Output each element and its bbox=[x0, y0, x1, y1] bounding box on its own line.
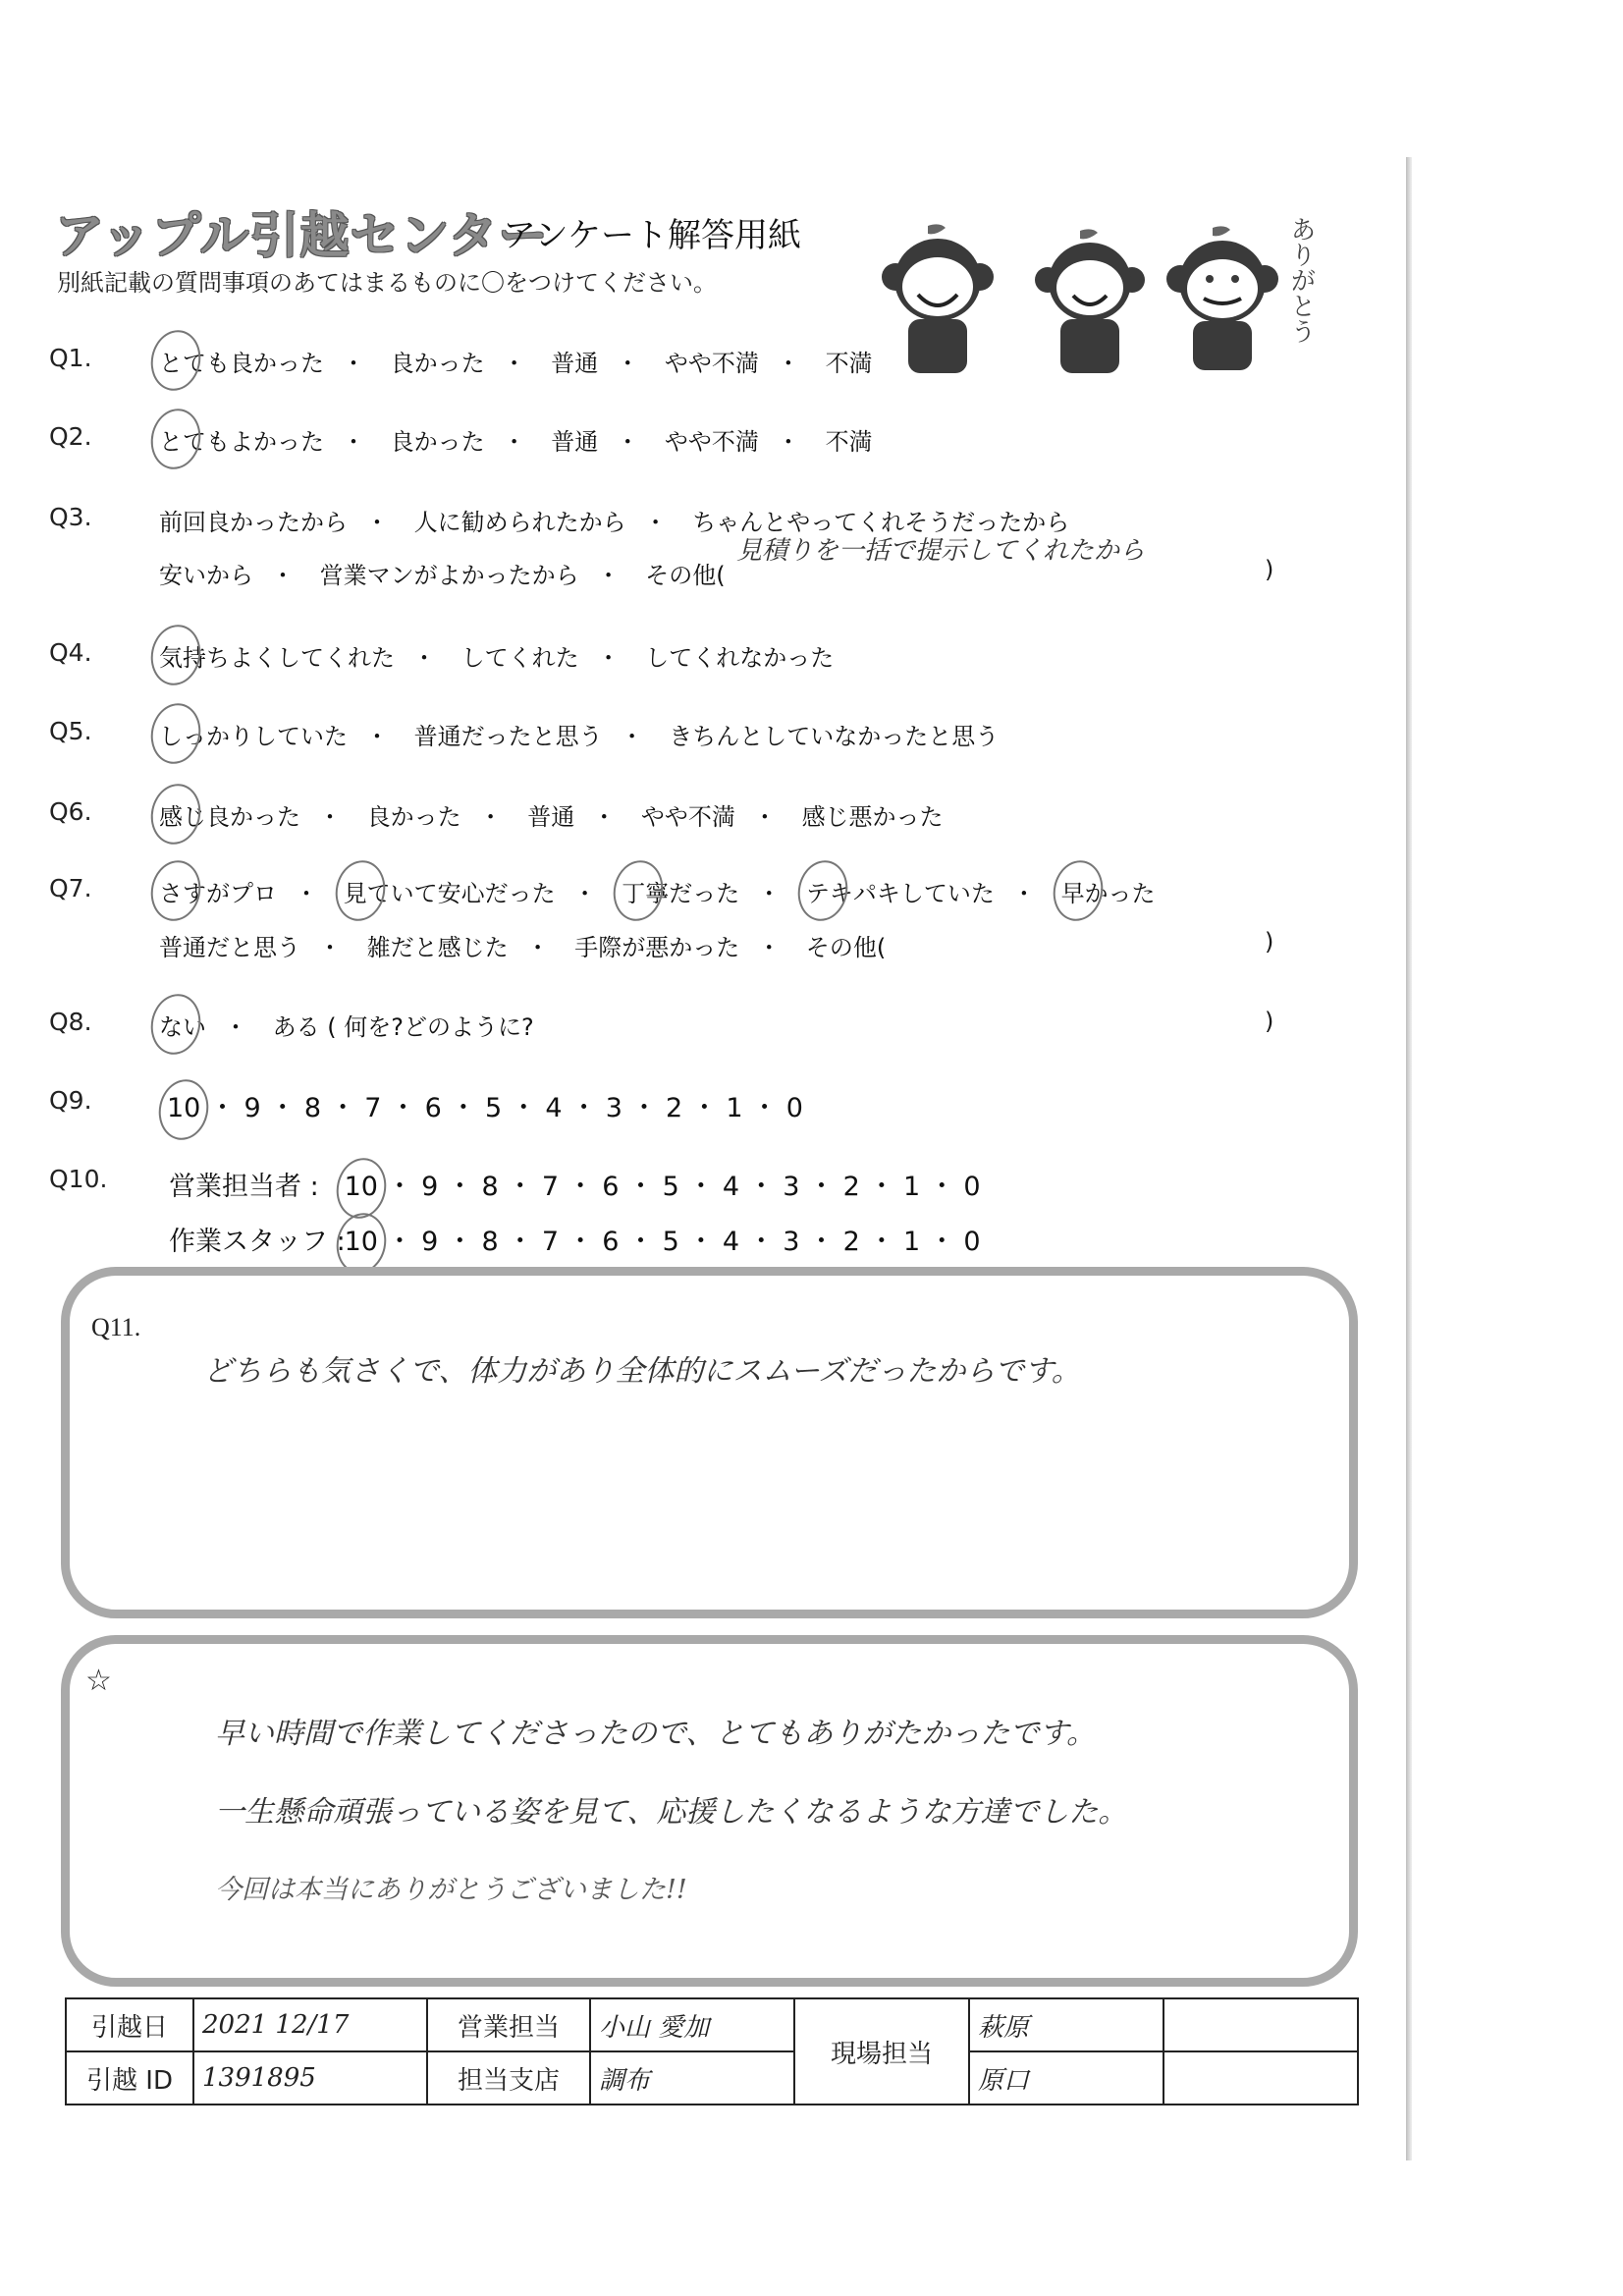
q9-score-7[interactable]: 7 bbox=[364, 1093, 381, 1123]
q10-sales-score-9[interactable]: 9 bbox=[421, 1172, 438, 1202]
q2-option-5[interactable]: 不満 bbox=[826, 422, 873, 457]
q1-option-2[interactable]: 良かった bbox=[391, 344, 485, 378]
q3-option-5[interactable]: 営業マンがよかったから bbox=[320, 556, 579, 590]
instruction-text: 別紙記載の質問事項のあてはまるものに〇をつけてください。 bbox=[57, 263, 717, 298]
q10-sales-score-5[interactable]: 5 bbox=[663, 1172, 679, 1202]
q9-label: Q9. bbox=[49, 1086, 92, 1115]
q7-options-line1: さすがプロ・ 見ていて安心だった・ 丁寧だった・ テキパキしていた・ 早かった bbox=[159, 874, 1156, 908]
q2-option-2[interactable]: 良かった bbox=[391, 422, 485, 457]
q3-label: Q3. bbox=[49, 503, 92, 531]
sales-rep-label: 営業担当 bbox=[427, 1998, 590, 2051]
comments-box[interactable]: ☆ 早い時間で作業してくださったので、とてもありがたかったです。 一生懸命頑張っ… bbox=[61, 1635, 1358, 1987]
brand-title: アップル引越センター bbox=[55, 196, 549, 267]
q7-option-5[interactable]: 早かった bbox=[1061, 874, 1156, 908]
q8-option-some[interactable]: ある ( 何を?どのように? bbox=[273, 1008, 534, 1042]
q10-staff-label: 作業スタッフ : bbox=[169, 1220, 336, 1258]
branch-value[interactable]: 調布 bbox=[590, 2051, 794, 2105]
q4-option-2[interactable]: してくれた bbox=[461, 638, 579, 673]
q10-staff-score-4[interactable]: 4 bbox=[723, 1227, 739, 1257]
mascot-caption: ありがとう bbox=[1288, 216, 1316, 344]
q6-option-2[interactable]: 良かった bbox=[367, 797, 461, 832]
q10-staff-score-1[interactable]: 1 bbox=[903, 1227, 920, 1257]
q10-sales-score-8[interactable]: 8 bbox=[481, 1172, 498, 1202]
q10-sales-score-2[interactable]: 2 bbox=[843, 1172, 860, 1202]
q6-option-4[interactable]: やや不満 bbox=[641, 797, 735, 832]
comment-line-1: 早い時間で作業してくださったので、とてもありがたかったです。 bbox=[215, 1709, 1096, 1752]
q10-sales-score-1[interactable]: 1 bbox=[903, 1172, 920, 1202]
move-id-value[interactable]: 1391895 bbox=[193, 2051, 427, 2105]
site-staff-extra-1[interactable] bbox=[1163, 1998, 1358, 2051]
q10-staff-score-6[interactable]: 6 bbox=[602, 1227, 619, 1257]
q9-score-6[interactable]: 6 bbox=[425, 1093, 442, 1123]
mascot-illustration: ありがとう bbox=[864, 206, 1316, 373]
q6-option-5[interactable]: 感じ悪かった bbox=[802, 797, 944, 832]
q7-option-7[interactable]: 雑だと感じた bbox=[367, 928, 509, 962]
q10-sales-score-10[interactable]: 10 bbox=[345, 1172, 378, 1202]
q1-options: とても良かった・ 良かった・ 普通・ やや不満・ 不満 bbox=[159, 344, 873, 378]
q3-option-4[interactable]: 安いから bbox=[159, 556, 253, 590]
q8-label: Q8. bbox=[49, 1008, 92, 1036]
q5-label: Q5. bbox=[49, 717, 92, 745]
form-title: アンケート解答用紙 bbox=[503, 208, 801, 256]
branch-label: 担当支店 bbox=[427, 2051, 590, 2105]
mascot-icon bbox=[882, 224, 1278, 373]
q4-options: 気持ちよくしてくれた・ してくれた・ してくれなかった bbox=[159, 638, 834, 673]
q9-score-3[interactable]: 3 bbox=[606, 1093, 622, 1123]
move-date-label: 引越日 bbox=[66, 1998, 193, 2051]
star-icon: ☆ bbox=[85, 1664, 112, 1698]
q11-answer-text: どちらも気さくで、体力があり全体的にスムーズだったからです。 bbox=[203, 1346, 1081, 1390]
q10-sales-scale: 営業担当者 : 10 ・ 9 ・ 8 ・ 7 ・ 6 ・ 5 ・ 4 ・ 3 ・… bbox=[169, 1165, 981, 1203]
move-date-value[interactable]: 2021 12/17 bbox=[193, 1998, 427, 2051]
q3-option-other[interactable]: その他( bbox=[645, 556, 725, 590]
q4-option-3[interactable]: してくれなかった bbox=[645, 638, 834, 673]
q7-close-paren: ) bbox=[1265, 928, 1273, 956]
q7-option-4[interactable]: テキパキしていた bbox=[806, 874, 995, 908]
q10-staff-score-10[interactable]: 10 bbox=[345, 1227, 378, 1257]
q10-staff-score-3[interactable]: 3 bbox=[783, 1227, 799, 1257]
q2-options: とてもよかった・ 良かった・ 普通・ やや不満・ 不満 bbox=[159, 422, 873, 457]
q1-option-3[interactable]: 普通 bbox=[551, 344, 598, 378]
comment-line-3: 今回は本当にありがとうございました!! bbox=[215, 1868, 687, 1906]
site-staff-label: 現場担当 bbox=[794, 1998, 969, 2105]
site-staff-2[interactable]: 原口 bbox=[969, 2051, 1163, 2105]
q9-score-8[interactable]: 8 bbox=[304, 1093, 321, 1123]
q8-option-none[interactable]: ない bbox=[159, 1008, 206, 1042]
q2-option-4[interactable]: やや不満 bbox=[665, 422, 759, 457]
q1-option-4[interactable]: やや不満 bbox=[665, 344, 759, 378]
q9-score-10[interactable]: 10 bbox=[167, 1093, 200, 1123]
q10-label: Q10. bbox=[49, 1165, 107, 1193]
q6-option-1[interactable]: 感じ良かった bbox=[159, 797, 300, 832]
q7-option-6[interactable]: 普通だと思う bbox=[159, 928, 300, 962]
q9-score-4[interactable]: 4 bbox=[545, 1093, 562, 1123]
q10-staff-score-5[interactable]: 5 bbox=[663, 1227, 679, 1257]
q9-score-1[interactable]: 1 bbox=[726, 1093, 742, 1123]
q6-option-3[interactable]: 普通 bbox=[527, 797, 574, 832]
q8-close-paren: ) bbox=[1265, 1008, 1273, 1035]
q10-staff-score-2[interactable]: 2 bbox=[843, 1227, 860, 1257]
q3-option-2[interactable]: 人に勧められたから bbox=[414, 503, 626, 537]
q2-option-3[interactable]: 普通 bbox=[551, 422, 598, 457]
q4-label: Q4. bbox=[49, 638, 92, 667]
q5-option-3[interactable]: きちんとしていなかったと思う bbox=[669, 717, 999, 751]
q6-options: 感じ良かった・ 良かった・ 普通・ やや不満・ 感じ悪かった bbox=[159, 797, 944, 832]
sales-rep-value[interactable]: 小山 愛加 bbox=[590, 1998, 794, 2051]
q7-option-3[interactable]: 丁寧だった bbox=[622, 874, 739, 908]
page-edge-shadow bbox=[1406, 157, 1412, 2160]
q11-answer-box[interactable]: Q11. どちらも気さくで、体力があり全体的にスムーズだったからです。 bbox=[61, 1267, 1358, 1618]
q5-option-1[interactable]: しっかりしていた bbox=[159, 717, 348, 751]
q3-options-line2: 安いから・ 営業マンがよかったから・ その他( bbox=[159, 556, 726, 590]
q2-label: Q2. bbox=[49, 422, 92, 451]
footer-info-table: 引越日 2021 12/17 営業担当 小山 愛加 現場担当 萩原 引越 ID … bbox=[65, 1997, 1359, 2105]
q7-options-line2: 普通だと思う・ 雑だと感じた・ 手際が悪かった・ その他( bbox=[159, 928, 886, 962]
q5-options: しっかりしていた・ 普通だったと思う・ きちんとしていなかったと思う bbox=[159, 717, 999, 751]
comment-line-2: 一生懸命頑張っている姿を見て、応援したくなるような方達でした。 bbox=[215, 1787, 1127, 1831]
q10-staff-score-9[interactable]: 9 bbox=[421, 1227, 438, 1257]
q3-other-answer[interactable]: 見積りを一括で提示してくれたから bbox=[736, 530, 1145, 567]
site-staff-extra-2[interactable] bbox=[1163, 2051, 1358, 2105]
q10-sales-score-7[interactable]: 7 bbox=[542, 1172, 559, 1202]
q1-label: Q1. bbox=[49, 344, 92, 372]
q3-option-1[interactable]: 前回良かったから bbox=[159, 503, 348, 537]
q10-sales-score-3[interactable]: 3 bbox=[783, 1172, 799, 1202]
q6-label: Q6. bbox=[49, 797, 92, 826]
q9-score-0[interactable]: 0 bbox=[786, 1093, 803, 1123]
q7-label: Q7. bbox=[49, 874, 92, 902]
q2-option-1[interactable]: とてもよかった bbox=[159, 422, 324, 457]
q10-sales-score-6[interactable]: 6 bbox=[602, 1172, 619, 1202]
q1-option-5[interactable]: 不満 bbox=[826, 344, 873, 378]
q4-option-1[interactable]: 気持ちよくしてくれた bbox=[159, 638, 395, 673]
q9-score-5[interactable]: 5 bbox=[485, 1093, 502, 1123]
site-staff-1[interactable]: 萩原 bbox=[969, 1998, 1163, 2051]
q9-score-9[interactable]: 9 bbox=[244, 1093, 261, 1123]
q10-staff-scale: 作業スタッフ : 10 ・ 9 ・ 8 ・ 7 ・ 6 ・ 5 ・ 4 ・ 3 … bbox=[169, 1220, 981, 1258]
q10-staff-score-7[interactable]: 7 bbox=[542, 1227, 559, 1257]
q5-option-2[interactable]: 普通だったと思う bbox=[414, 717, 603, 751]
q8-options: ない・ ある ( 何を?どのように? bbox=[159, 1008, 534, 1042]
q7-option-8[interactable]: 手際が悪かった bbox=[574, 928, 739, 962]
q10-sales-score-0[interactable]: 0 bbox=[963, 1172, 980, 1202]
q7-option-other[interactable]: その他( bbox=[806, 928, 886, 962]
q10-staff-score-8[interactable]: 8 bbox=[481, 1227, 498, 1257]
q10-staff-score-0[interactable]: 0 bbox=[963, 1227, 980, 1257]
move-id-label: 引越 ID bbox=[66, 2051, 193, 2105]
q7-option-2[interactable]: 見ていて安心だった bbox=[344, 874, 556, 908]
q9-scale: 10 ・ 9 ・ 8 ・ 7 ・ 6 ・ 5 ・ 4 ・ 3 ・ 2 ・ 1 ・… bbox=[167, 1086, 803, 1124]
q9-score-2[interactable]: 2 bbox=[666, 1093, 682, 1123]
q3-close-paren: ) bbox=[1265, 556, 1273, 583]
q1-option-1[interactable]: とても良かった bbox=[159, 344, 324, 378]
q10-sales-label: 営業担当者 : bbox=[169, 1165, 336, 1203]
q11-label: Q11. bbox=[91, 1313, 140, 1342]
q10-sales-score-4[interactable]: 4 bbox=[723, 1172, 739, 1202]
q7-option-1[interactable]: さすがプロ bbox=[159, 874, 277, 908]
